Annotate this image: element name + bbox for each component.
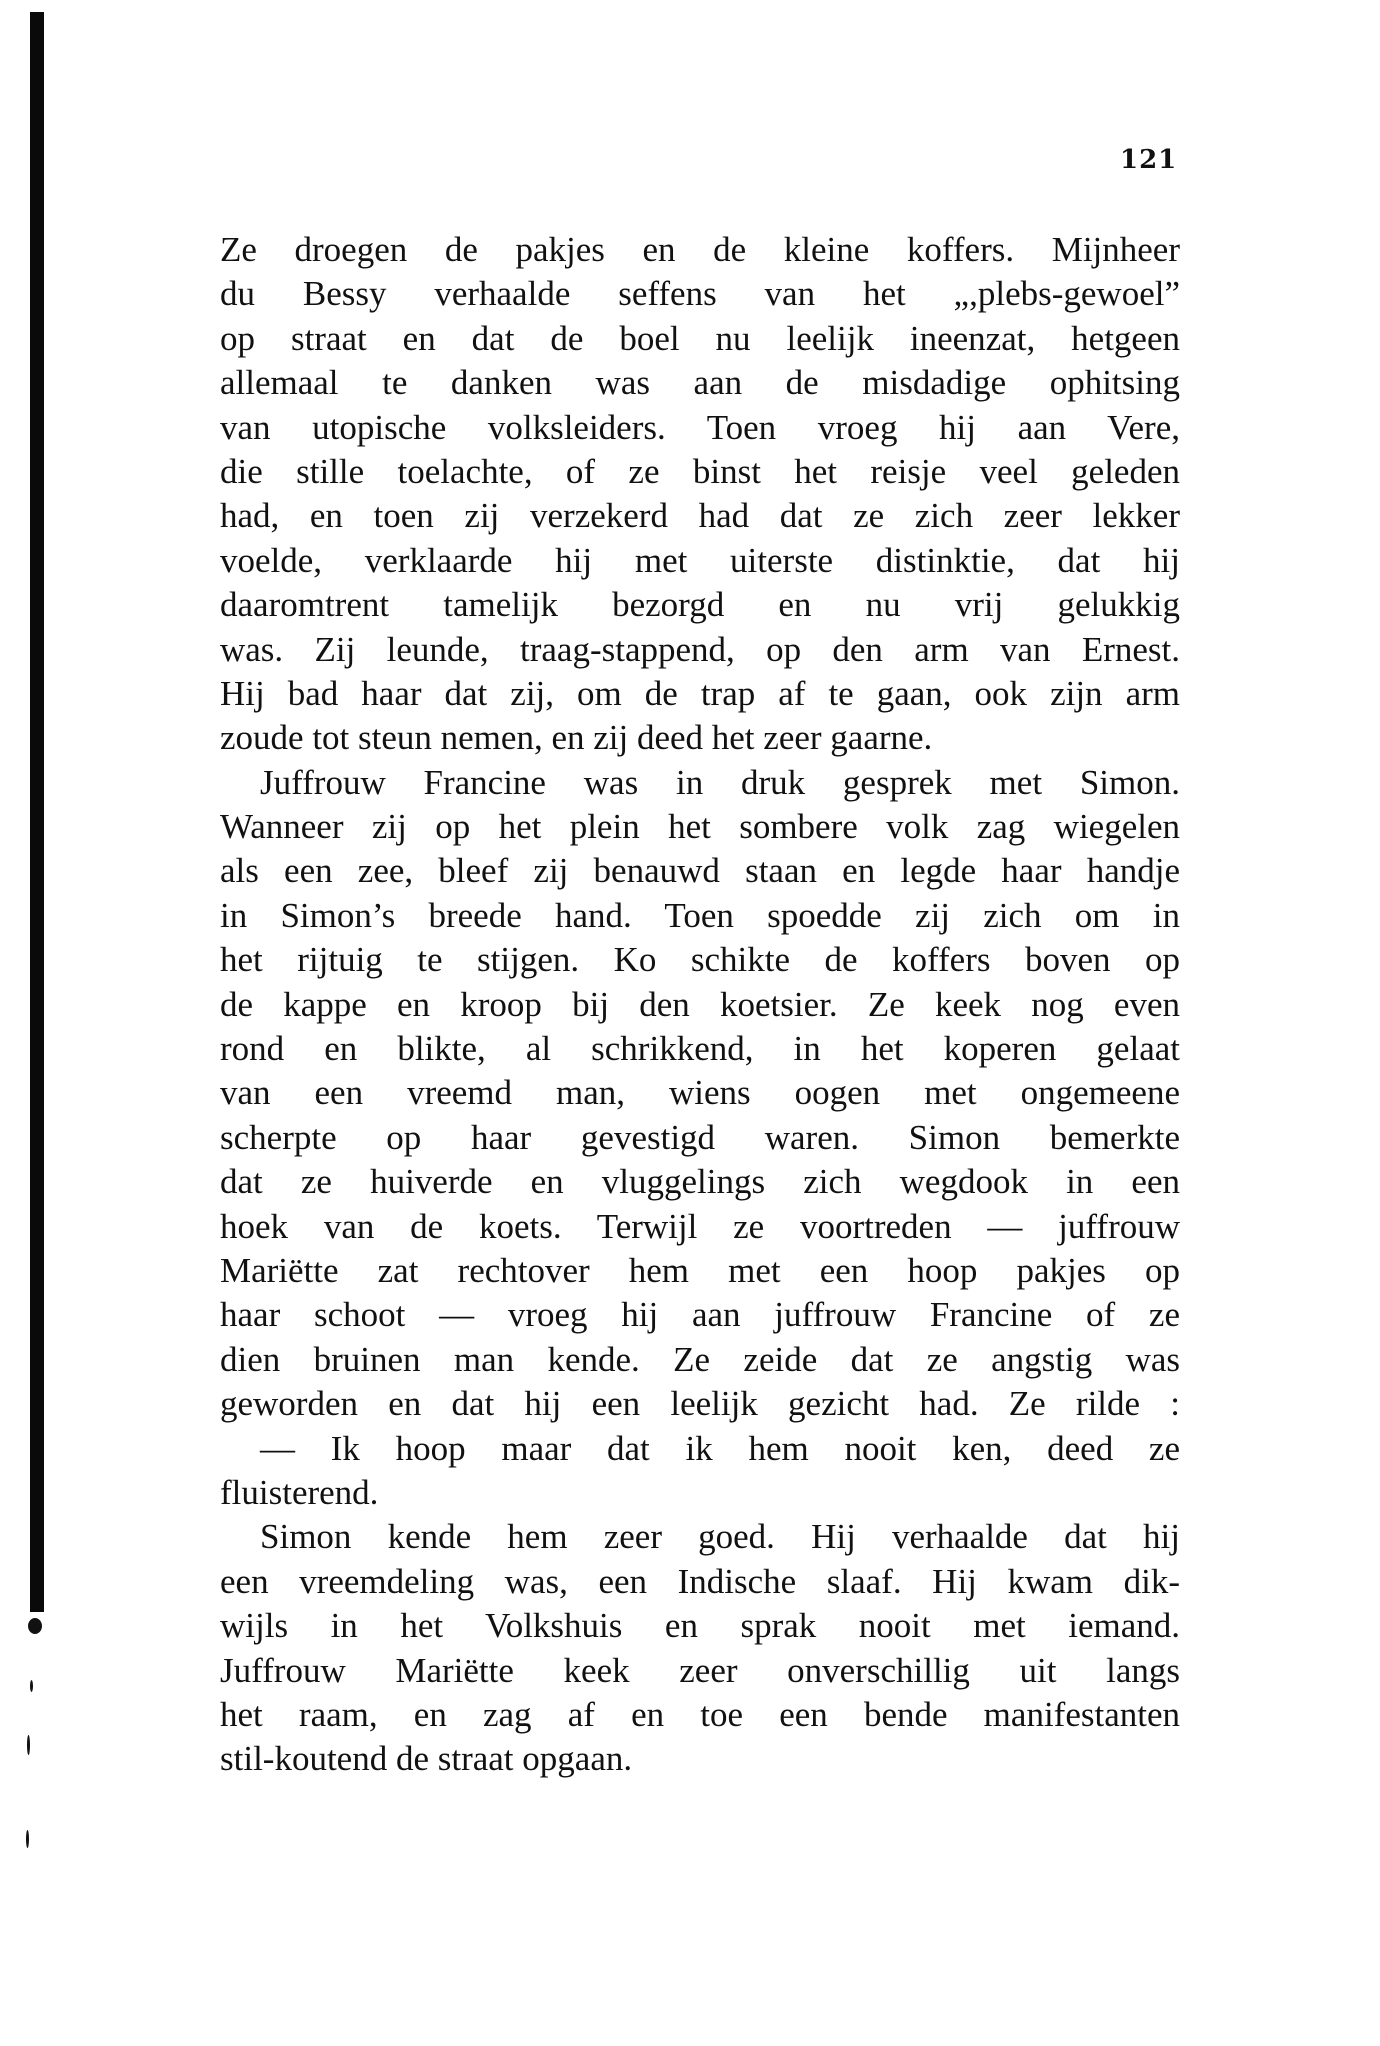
text-line: voelde, verklaarde hij met uiterste dist… (220, 539, 1180, 583)
text-line: geworden en dat hij een leelijk gezicht … (220, 1382, 1180, 1426)
text-line: fluisterend. (220, 1471, 1180, 1515)
text-line: du Bessy verhaalde seffens van het „,ple… (220, 272, 1180, 316)
body-text: Ze droegen de pakjes en de kleine koffer… (220, 228, 1180, 1782)
text-line: een vreemdeling was, een Indische slaaf.… (220, 1560, 1180, 1604)
text-line: rond en blikte, al schrikkend, in het ko… (220, 1027, 1180, 1071)
text-line: het raam, en zag af en toe een bende man… (220, 1693, 1180, 1737)
text-line: de kappe en kroop bij den koetsier. Ze k… (220, 983, 1180, 1027)
scan-speck (26, 1830, 29, 1848)
text-line: stil-koutend de straat opgaan. (220, 1737, 1180, 1781)
page-number: 121 (1120, 145, 1177, 175)
text-line: scherpte op haar gevestigd waren. Simon … (220, 1116, 1180, 1160)
text-line: wijls in het Volkshuis en sprak nooit me… (220, 1604, 1180, 1648)
text-line: haar schoot — vroeg hij aan juffrouw Fra… (220, 1293, 1180, 1337)
text-line: dat ze huiverde en vluggelings zich wegd… (220, 1160, 1180, 1204)
text-line: — Ik hoop maar dat ik hem nooit ken, dee… (220, 1427, 1180, 1471)
scan-edge-shadow (30, 12, 44, 1612)
text-line: Juffrouw Mariëtte keek zeer onverschilli… (220, 1649, 1180, 1693)
scan-speck (27, 1735, 30, 1755)
text-line: als een zee, bleef zij benauwd staan en … (220, 849, 1180, 893)
text-line: Wanneer zij op het plein het sombere vol… (220, 805, 1180, 849)
text-line: Mariëtte zat rechtover hem met een hoop … (220, 1249, 1180, 1293)
text-line: op straat en dat de boel nu leelijk inee… (220, 317, 1180, 361)
text-line: in Simon’s breede hand. Toen spoedde zij… (220, 894, 1180, 938)
text-line: Juffrouw Francine was in druk gesprek me… (220, 761, 1180, 805)
text-line: het rijtuig te stijgen. Ko schikte de ko… (220, 938, 1180, 982)
text-line: had, en toen zij verzekerd had dat ze zi… (220, 494, 1180, 538)
text-line: daaromtrent tamelijk bezorgd en nu vrij … (220, 583, 1180, 627)
text-line: was. Zij leunde, traag-stappend, op den … (220, 628, 1180, 672)
text-line: zoude tot steun nemen, en zij deed het z… (220, 716, 1180, 760)
scan-speck (28, 1618, 42, 1634)
scan-speck (30, 1680, 33, 1692)
text-line: dien bruinen man kende. Ze zeide dat ze … (220, 1338, 1180, 1382)
text-line: Hij bad haar dat zij, om de trap af te g… (220, 672, 1180, 716)
text-line: Simon kende hem zeer goed. Hij verhaalde… (220, 1515, 1180, 1559)
text-line: hoek van de koets. Terwijl ze voortreden… (220, 1205, 1180, 1249)
text-line: van utopische volksleiders. Toen vroeg h… (220, 406, 1180, 450)
text-line: van een vreemd man, wiens oogen met onge… (220, 1071, 1180, 1115)
book-page: 121 Ze droegen de pakjes en de kleine ko… (0, 0, 1380, 2046)
text-line: die stille toelachte, of ze binst het re… (220, 450, 1180, 494)
text-line: Ze droegen de pakjes en de kleine koffer… (220, 228, 1180, 272)
text-line: allemaal te danken was aan de misdadige … (220, 361, 1180, 405)
